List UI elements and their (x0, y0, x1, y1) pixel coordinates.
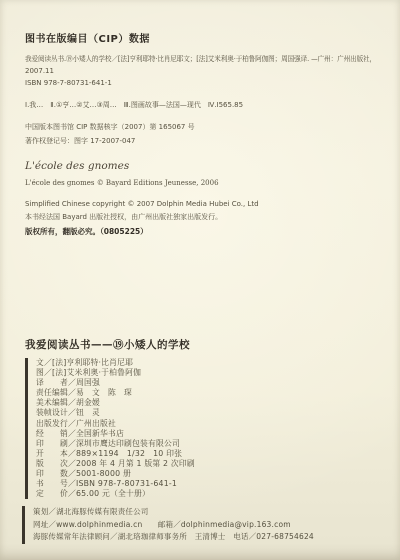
credit-line-text-author: 文／[法]亨利耶特·比肖尼耶 (36, 358, 195, 368)
credit-line-format: 开 本／889×1194 1/32 10 印张 (36, 449, 195, 459)
rights-notice-line: 版权所有，翻版必究。（0805225） (25, 226, 388, 237)
cip-record-line: 我爱阅读丛书.⑲小矮人的学校／[法]亨利耶特·比肖尼耶文；[法]艾米利奥·于柏鲁… (25, 53, 388, 65)
original-title: L'école des gnomes (25, 160, 388, 172)
cip-heading: 图书在版编目（CIP）数据 (25, 30, 388, 45)
credit-line-translator: 译 者／周国强 (36, 378, 195, 388)
publisher-line-legal: 海豚传媒常年法律顾问／湖北珞珈律师事务所 王清博士 电话／027-6875462… (33, 531, 314, 544)
credit-line-distribution: 经 销／全国新华书店 (36, 429, 195, 439)
authorization-line: 本书经法国 Bayard 出版社授权，由广州出版社独家出版发行。 (25, 212, 388, 222)
cip-classification-line: Ⅰ.我… Ⅱ.①亨…②艾…③周… Ⅲ.图画故事—法国—现代 Ⅳ.I565.85 (25, 100, 388, 110)
series-title: 我爱阅读丛书——⑲小矮人的学校 (25, 337, 190, 352)
cip-year-line: 2007.11 (25, 65, 388, 77)
cip-section: 图书在版编目（CIP）数据 我爱阅读丛书.⑲小矮人的学校／[法]亨利耶特·比肖尼… (25, 30, 388, 237)
credit-line-editor: 责任编辑／易 文 陈 琛 (36, 388, 195, 398)
publisher-line-website-email: 网址／www.dolphinmedia.cn 邮箱／dolphinmedia@v… (33, 519, 314, 532)
credit-line-edition: 版 次／2008 年 4 月第 1 版第 2 次印刷 (36, 459, 195, 469)
credit-line-designer: 装帧设计／钮 灵 (36, 408, 195, 418)
credit-line-price: 定 价／65.00 元（全十册） (36, 489, 195, 499)
credit-line-print-run: 印 数／5001-8000 册 (36, 469, 195, 479)
cip-isbn-line: ISBN 978-7-80731-641-1 (25, 77, 388, 89)
copyright-registration-line: 著作权登记号：图字 17-2007-047 (25, 136, 388, 146)
original-copyright-line: L'école des gnomes © Bayard Editions Jeu… (25, 179, 388, 187)
simplified-copyright-line: Simplified Chinese copyright © 2007 Dolp… (25, 200, 388, 208)
credits-block: 文／[法]亨利耶特·比肖尼耶 图／[法]艾米利奥·于柏鲁阿伽 译 者／周国强 责… (25, 358, 195, 499)
publisher-line-planning: 策划／湖北海豚传媒有限责任公司 (33, 506, 314, 519)
credit-line-isbn: 书 号／ISBN 978-7-80731-641-1 (36, 479, 195, 489)
credit-line-publisher: 出版发行／广州出版社 (36, 419, 195, 429)
publisher-block: 策划／湖北海豚传媒有限责任公司 网址／www.dolphinmedia.cn 邮… (22, 506, 314, 544)
credit-line-art-editor: 美术编辑／胡金媛 (36, 398, 195, 408)
cip-number-line: 中国版本图书馆 CIP 数据核字（2007）第 165067 号 (25, 122, 388, 132)
credit-line-printer: 印 刷／深圳市鹰达印刷包装有限公司 (36, 439, 195, 449)
credit-line-illustrator: 图／[法]艾米利奥·于柏鲁阿伽 (36, 368, 195, 378)
copyright-page: 图书在版编目（CIP）数据 我爱阅读丛书.⑲小矮人的学校／[法]亨利耶特·比肖尼… (0, 0, 400, 560)
